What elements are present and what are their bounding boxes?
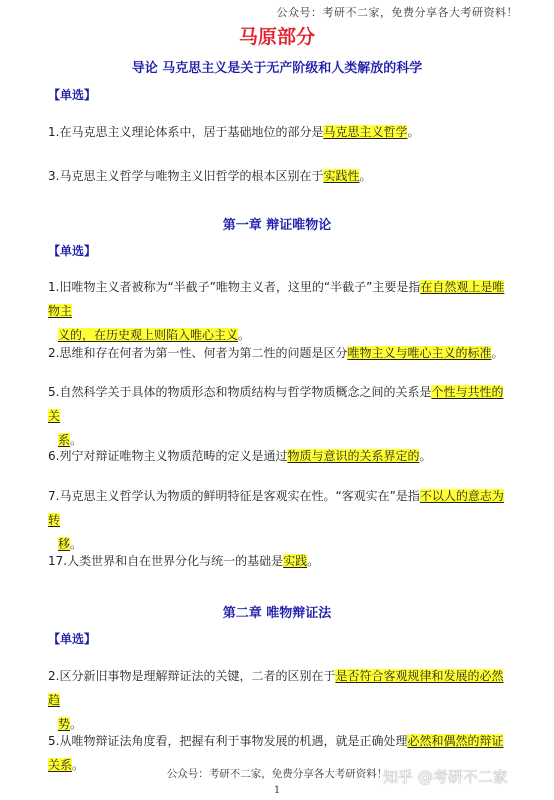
question-item: 17.人类世界和自在世界分化与统一的基础是实践。 bbox=[48, 549, 506, 573]
section-title-chapter-1: 第一章 辩证唯物论 bbox=[0, 214, 554, 233]
highlighted-answer: 物质与意识的关系界定的 bbox=[287, 449, 419, 463]
question-type-tag: 【单选】 bbox=[48, 242, 96, 259]
question-item: 2.思维和存在何者为第一性、何者为第二性的问题是区分唯物主义与唯心主义的标准。 bbox=[48, 341, 506, 365]
header-note: 公众号：考研不二家，免费分享各大考研资料！ bbox=[277, 4, 519, 20]
question-item: 6.列宁对辩证唯物主义物质范畴的定义是通过物质与意识的关系界定的。 bbox=[48, 444, 506, 468]
question-item: 3.马克思主义哲学与唯物主义旧哲学的根本区别在于实践性。 bbox=[48, 164, 506, 188]
question-item: 2.区分新旧事物是理解辩证法的关键，二者的区别在于是否符合客观规律和发展的必然趋… bbox=[48, 664, 506, 736]
zhihu-watermark: 知乎 @考研不二家 bbox=[383, 766, 508, 787]
question-type-tag: 【单选】 bbox=[48, 86, 96, 103]
question-item: 5.自然科学关于具体的物质形态和物质结构与哲学物质概念之间的关系是个性与共性的关… bbox=[48, 380, 506, 452]
highlighted-answer: 马克思主义哲学 bbox=[323, 125, 407, 139]
document-title: 马原部分 bbox=[0, 22, 554, 49]
highlighted-answer: 实践性 bbox=[323, 169, 359, 183]
highlighted-answer-continued: 义的，在历史观上则陷入唯心主义 bbox=[58, 328, 238, 342]
highlighted-answer: 实践 bbox=[283, 554, 307, 568]
section-title-chapter-2: 第二章 唯物辩证法 bbox=[0, 602, 554, 621]
question-item: 1.旧唯物主义者被称为“半截子”唯物主义者，这里的“半截子”主要是指在自然观上是… bbox=[48, 275, 506, 347]
section-title-intro: 导论 马克思主义是关于无产阶级和人类解放的科学 bbox=[0, 57, 554, 76]
highlighted-answer: 唯物主义与唯心主义的标准 bbox=[347, 346, 491, 360]
question-item: 1.在马克思主义理论体系中，居于基础地位的部分是马克思主义哲学。 bbox=[48, 120, 506, 144]
question-item: 7.马克思主义哲学认为物质的鲜明特征是客观实在性。“客观实在”是指不以人的意志为… bbox=[48, 484, 506, 556]
question-type-tag: 【单选】 bbox=[48, 630, 96, 647]
